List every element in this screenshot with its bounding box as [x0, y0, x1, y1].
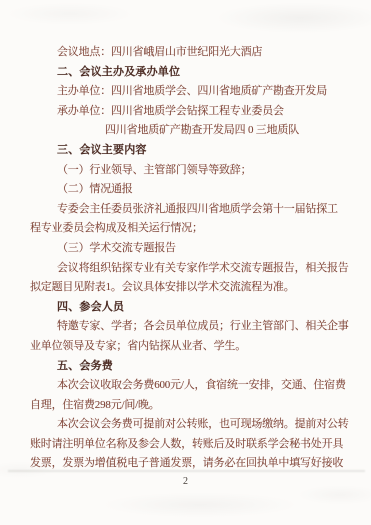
text-line: 账时请注明单位名称及参会人数，转账后及时联系学会秘书处开具 — [30, 435, 348, 455]
text-line: 专委会主任委员张济礼通报四川省地质学会第十一届钻探工 — [30, 200, 348, 220]
section-heading: 三、会议主要内容 — [30, 141, 348, 161]
text-line: （一）行业领导、主管部门领导等致辞； — [30, 161, 348, 181]
page-number: 2 — [0, 476, 371, 487]
section-heading: 二、会议主办及承办单位 — [30, 63, 348, 83]
text-line: （三）学术交流专题报告 — [30, 239, 348, 259]
text-line: 四川省地质矿产勘查开发局四 0 三地质队 — [30, 121, 348, 141]
text-line: 发票，发票为增值税电子普通发票，请务必在回执单中填写好接收 — [30, 454, 348, 474]
text-line: 特邀专家、学者；各会员单位成员；行业主管部门、相关企事 — [30, 317, 348, 337]
text-line: （二）情况通报 — [30, 180, 348, 200]
document-body: 会议地点：四川省峨眉山市世纪阳光大酒店二、会议主办及承办单位主办单位：四川省地质… — [30, 43, 348, 474]
text-line: 承办单位：四川省地质学会钻探工程专业委员会 — [30, 102, 348, 122]
text-line: 会议地点：四川省峨眉山市世纪阳光大酒店 — [30, 43, 348, 63]
text-line: 主办单位：四川省地质学会、四川省地质矿产勘查开发局 — [30, 82, 348, 102]
text-line: 程专业委员会构成及相关运行情况； — [30, 219, 348, 239]
document-page: 会议地点：四川省峨眉山市世纪阳光大酒店二、会议主办及承办单位主办单位：四川省地质… — [0, 0, 371, 525]
text-line: 会议将组织钻探专业有关专家作学术交流专题报告，相关报告 — [30, 259, 348, 279]
text-line: 拟定题目见附表1。会议具体安排以学术交流流程为准。 — [30, 278, 348, 298]
text-line: 本次会议收取会务费600元/人，食宿统一安排，交通、住宿费 — [30, 376, 348, 396]
section-heading: 四、参会人员 — [30, 298, 348, 318]
text-line: 业单位领导及专家；省内钻探从业者、学生。 — [30, 337, 348, 357]
text-line: 本次会议会务费可提前对公转账，也可现场缴纳。提前对公转 — [30, 415, 348, 435]
section-heading: 五、会务费 — [30, 357, 348, 377]
text-line: 自理，住宿费298元/间/晚。 — [30, 396, 348, 416]
